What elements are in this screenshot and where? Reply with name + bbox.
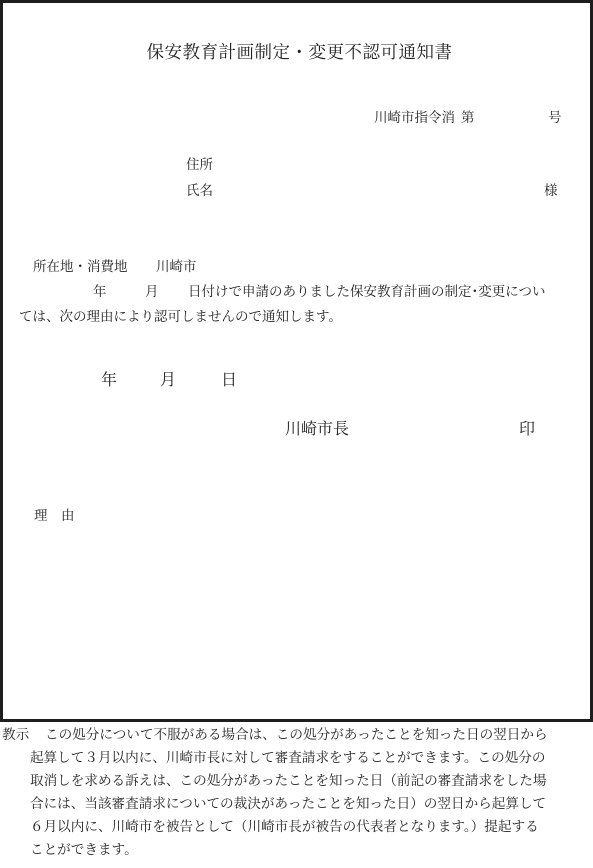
instruction-line-4: 合には、当該審査請求についての裁決があったことを知った日）の翌日から起算して (30, 793, 546, 816)
reference-prefix: 川崎市指令消 (374, 106, 455, 126)
instruction-line-3: 取消しを求める訴えは、この処分があったことを知った日（前記の審査請求をした場 (30, 770, 546, 793)
instruction-line-2: 起算して３月以内に、川崎市長に対して審査請求をすることができます。この処分の (30, 747, 545, 770)
body-line1: 日付けで申請のありました保安教育計画の制定･変更につい (188, 280, 545, 300)
reference-number-label: 第 (461, 106, 475, 126)
instruction-label: 教示 (2, 724, 29, 747)
reason-label: 理 由 (34, 504, 75, 524)
issuer-seal: 印 (519, 416, 535, 439)
body-month: 月 (145, 280, 159, 300)
address-label: 住所 (186, 153, 213, 173)
name-label: 氏名 (186, 179, 213, 199)
location-value: 川崎市 (156, 255, 197, 275)
document-frame: 保安教育計画制定・変更不認可通知書 川崎市指令消 第 号 住所 氏名 様 所在地… (0, 0, 593, 722)
instruction-line-1: この処分について不服がある場合は、この処分があったことを知った日の翌日から (45, 724, 548, 747)
honorific: 様 (544, 179, 558, 199)
instruction-line-6: ことができます。 (30, 839, 138, 862)
document-title: 保安教育計画制定・変更不認可通知書 (3, 39, 593, 64)
instruction-line-5: ６月以内に、川崎市を被告として（川崎市長が被告の代表者となります。）提起する (30, 816, 539, 839)
date-month: 月 (160, 367, 176, 390)
location-label: 所在地・消費地 (33, 255, 128, 275)
body-year: 年 (93, 280, 107, 300)
issuer-name: 川崎市長 (285, 416, 349, 439)
date-day: 日 (221, 367, 237, 390)
body-line2: ては、次の理由により認可しませんので通知します。 (19, 305, 342, 325)
reference-suffix: 号 (548, 106, 562, 126)
date-year: 年 (101, 367, 117, 390)
